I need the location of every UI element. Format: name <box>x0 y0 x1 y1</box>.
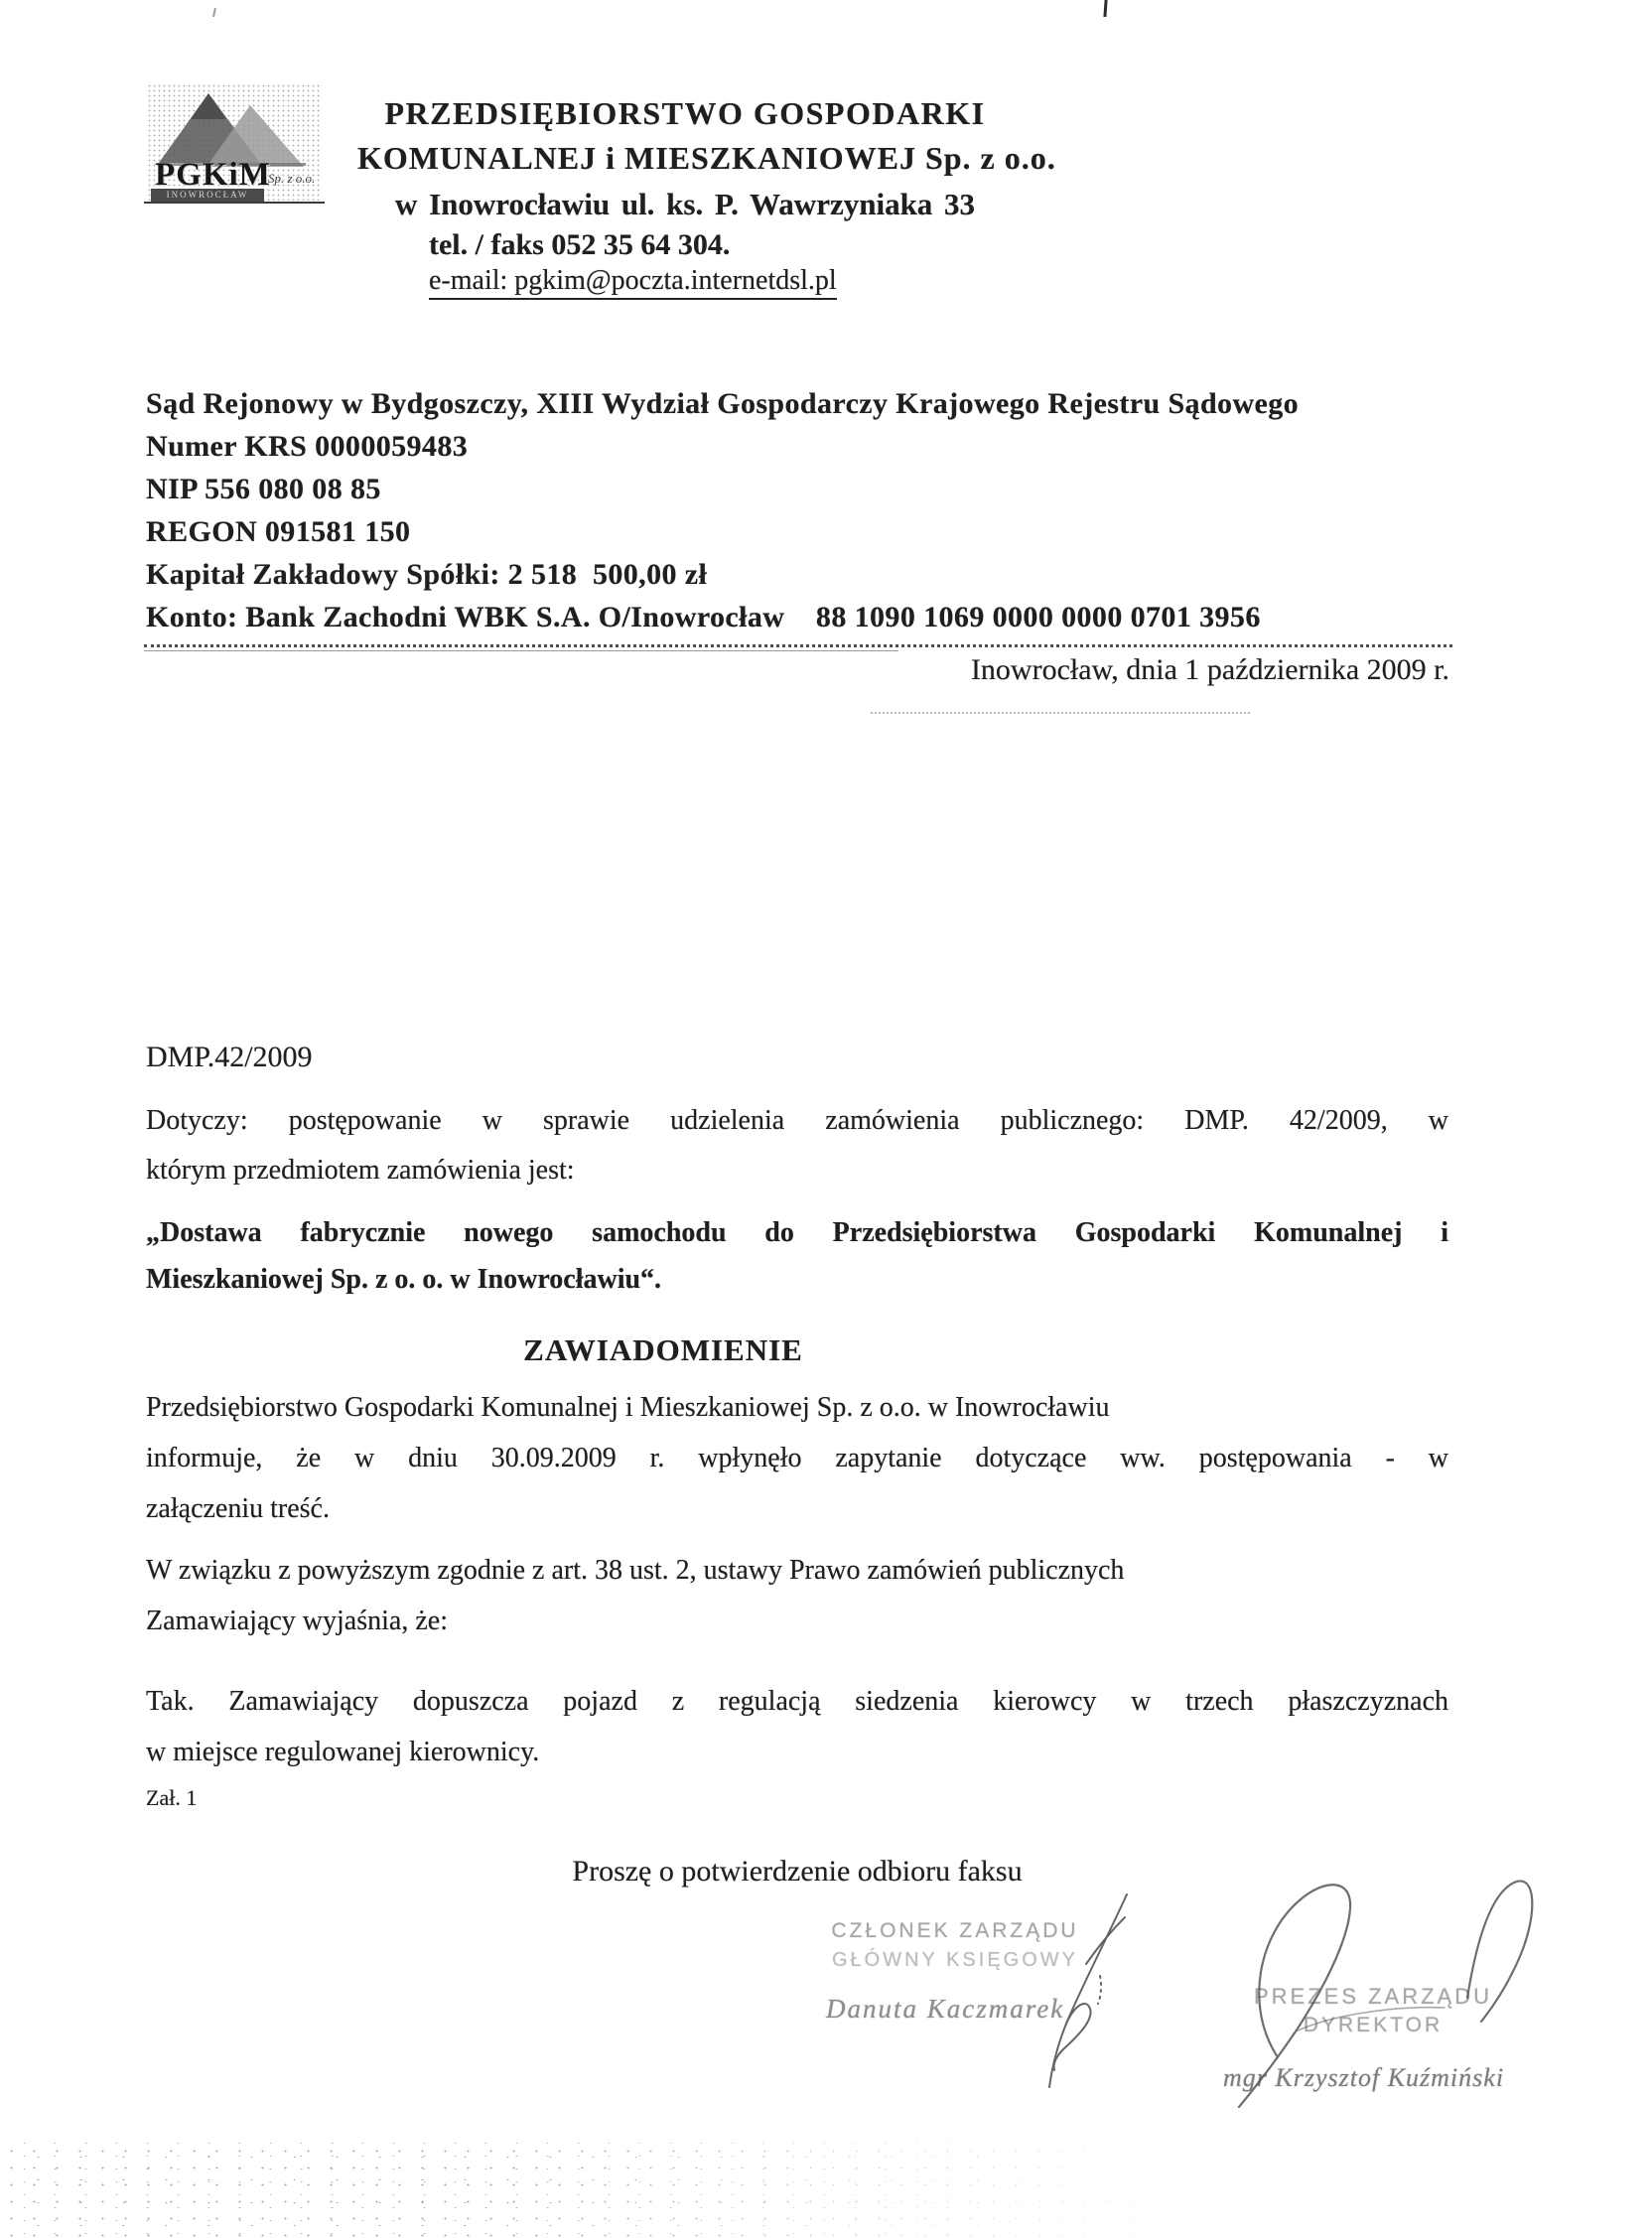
closing-request: Proszę o potwierdzenie odbioru faksu <box>146 1855 1448 1888</box>
left-signature-stamp: CZŁONEK ZARZĄDU GŁÓWNY KSIĘGOWY <box>806 1919 1104 1972</box>
scan-noise <box>0 2143 1271 2238</box>
registry-court: Sąd Rejonowy w Bydgoszczy, XIII Wydział … <box>146 382 1466 425</box>
separator-underline <box>144 650 898 651</box>
company-name-line1: PRZEDSIĘBIORSTWO GOSPODARKI <box>357 95 1013 132</box>
paragraph-1: Przedsiębiorstwo Gospodarki Komunalnej i… <box>146 1382 1448 1534</box>
subject-title-line: Mieszkaniowej Sp. z o. o. w Inowrocławiu… <box>146 1256 1448 1303</box>
reference-number: DMP.42/2009 <box>146 1041 313 1074</box>
logo-suffix-text: Sp. z o.o. <box>268 171 315 187</box>
scanned-letter-page: PGKiM Sp. z o.o. INOWROCŁAW PRZEDSIĘBIOR… <box>0 0 1652 2238</box>
paragraph-3-line: Tak. Zamawiający dopuszcza pojazd z regu… <box>146 1676 1448 1727</box>
right-signature-stamp: PREZES ZARZĄDU DYREKTOR <box>1219 1984 1527 2037</box>
registry-regon: REGON 091581 150 <box>146 510 1466 553</box>
paragraph-3: Tak. Zamawiający dopuszcza pojazd z regu… <box>146 1676 1448 1777</box>
scan-artifact-tick <box>1103 0 1107 17</box>
logo-city-band: INOWROCŁAW <box>151 189 264 202</box>
date-line: Inowrocław, dnia 1 października 2009 r. <box>774 653 1449 687</box>
right-stamp-subtitle: DYREKTOR <box>1219 2014 1527 2037</box>
company-logo: PGKiM Sp. z o.o. INOWROCŁAW <box>147 83 322 201</box>
registry-nip: NIP 556 080 08 85 <box>146 468 1466 510</box>
paragraph-2: W związku z powyższym zgodnie z art. 38 … <box>146 1545 1448 1646</box>
left-signatory-name: Danuta Kaczmarek <box>826 1994 1064 2025</box>
date-underline <box>871 712 1250 714</box>
subject-title-paragraph: „Dostawa fabrycznie nowego samochodu do … <box>146 1209 1448 1303</box>
subject-line: którym przedmiotem zamówienia jest: <box>146 1146 1448 1195</box>
left-stamp-title: CZŁONEK ZARZĄDU <box>806 1919 1104 1943</box>
paragraph-2-line: Zamawiający wyjaśnia, że: <box>146 1596 1448 1646</box>
registry-account: Konto: Bank Zachodni WBK S.A. O/Inowrocł… <box>146 596 1466 638</box>
left-stamp-subtitle: GŁÓWNY KSIĘGOWY <box>806 1949 1104 1972</box>
company-address: w Inowrocławiu ul. ks. P. Wawrzyniaka 33 <box>357 187 1013 222</box>
company-email: e-mail: pgkim@poczta.internetdsl.pl <box>429 265 837 300</box>
registry-capital: Kapitał Zakładowy Spółki: 2 518 500,00 z… <box>146 553 1466 596</box>
scan-artifact-mark <box>212 8 216 17</box>
registry-block: Sąd Rejonowy w Bydgoszczy, XIII Wydział … <box>146 382 1466 638</box>
notice-heading: ZAWIADOMIENIE <box>0 1332 1326 1368</box>
dotted-separator <box>144 644 1452 647</box>
right-signatory-name: mgr Krzysztof Kuźmiński <box>1223 2063 1504 2093</box>
paragraph-1-line: załączeniu treść. <box>146 1483 1448 1534</box>
paragraph-2-line: W związku z powyższym zgodnie z art. 38 … <box>146 1545 1448 1596</box>
logo-city-text: INOWROCŁAW <box>151 189 264 202</box>
paragraph-1-line: informuje, że w dniu 30.09.2009 r. wpłyn… <box>146 1433 1448 1483</box>
company-name-line2: KOMUNALNEJ i MIESZKANIOWEJ Sp. z o.o. <box>357 140 1013 177</box>
registry-krs: Numer KRS 0000059483 <box>146 425 1466 468</box>
attachment-note: Zał. 1 <box>146 1785 197 1811</box>
paragraph-3-line: w miejsce regulowanej kierownicy. <box>146 1727 1448 1777</box>
subject-line: Dotyczy: postępowanie w sprawie udzielen… <box>146 1096 1448 1146</box>
subject-title-line: „Dostawa fabrycznie nowego samochodu do … <box>146 1209 1448 1256</box>
logo-underline <box>144 202 325 204</box>
right-stamp-title: PREZES ZARZĄDU <box>1219 1984 1527 2010</box>
subject-paragraph: Dotyczy: postępowanie w sprawie udzielen… <box>146 1096 1448 1195</box>
paragraph-1-line: Przedsiębiorstwo Gospodarki Komunalnej i… <box>146 1382 1448 1433</box>
company-phone: tel. / faks 052 35 64 304. <box>429 228 730 262</box>
